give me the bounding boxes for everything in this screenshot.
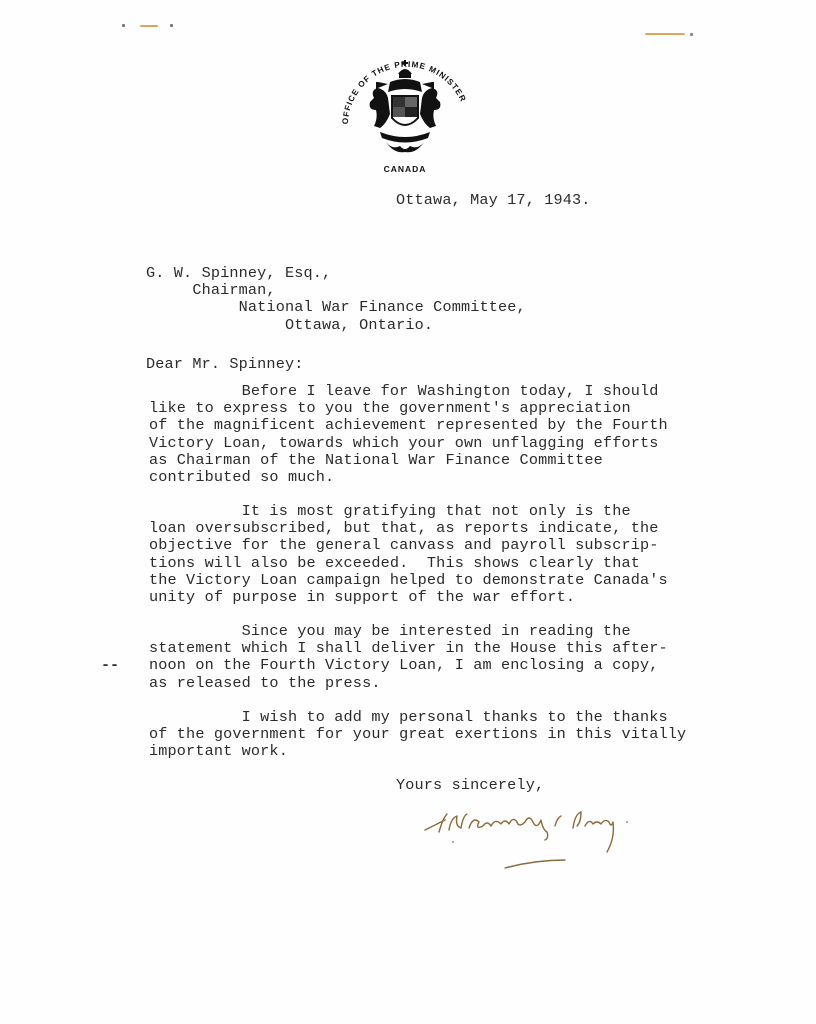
paragraph-line: It is most gratifying that not only is t… <box>149 502 631 520</box>
paragraph-line: as Chairman of the National War Finance … <box>149 451 603 469</box>
paragraph-line: Before I leave for Washington today, I s… <box>149 382 659 400</box>
recipient-organization: National War Finance Committee, <box>146 298 526 316</box>
letterhead: OFFICE OF THE PRIME MINISTER <box>330 52 480 177</box>
paragraph-2: It is most gratifying that not only is t… <box>149 503 668 606</box>
paragraph-line: as released to the press. <box>149 674 381 692</box>
top-right-dot <box>690 33 693 36</box>
paragraph-line: like to express to you the government's … <box>149 399 631 417</box>
paragraph-line: important work. <box>149 742 288 760</box>
recipient-name: G. W. Spinney, Esq., <box>146 264 331 282</box>
recipient-title: Chairman, <box>146 281 276 299</box>
letter-page: OFFICE OF THE PRIME MINISTER <box>0 0 816 1024</box>
paragraph-line: loan oversubscribed, but that, as report… <box>149 519 659 537</box>
margin-mark: -- <box>101 657 119 674</box>
closing: Yours sincerely, <box>396 777 544 794</box>
coat-of-arms-icon: OFFICE OF THE PRIME MINISTER <box>330 52 480 164</box>
handwritten-signature-icon <box>415 808 705 883</box>
paragraph-1: Before I leave for Washington today, I s… <box>149 383 668 486</box>
top-right-mark <box>645 33 685 35</box>
paragraph-line: tions will also be exceeded. This shows … <box>149 554 640 572</box>
paragraph-line: I wish to add my personal thanks to the … <box>149 708 668 726</box>
letter-date: Ottawa, May 17, 1943. <box>396 192 591 209</box>
paragraph-4: I wish to add my personal thanks to the … <box>149 709 686 761</box>
paragraph-line: noon on the Fourth Victory Loan, I am en… <box>149 656 659 674</box>
top-left-dot <box>170 24 173 27</box>
paragraph-line: objective for the general canvass and pa… <box>149 536 659 554</box>
paragraph-line: Victory Loan, towards which your own unf… <box>149 434 659 452</box>
recipient-address: G. W. Spinney, Esq., Chairman, National … <box>146 265 526 334</box>
paragraph-line: contributed so much. <box>149 468 334 486</box>
paragraph-line: Since you may be interested in reading t… <box>149 622 631 640</box>
top-left-mark <box>140 25 158 27</box>
paragraph-line: of the magnificent achievement represent… <box>149 416 668 434</box>
salutation: Dear Mr. Spinney: <box>146 356 304 373</box>
letterhead-country: CANADA <box>330 164 480 174</box>
paragraph-line: statement which I shall deliver in the H… <box>149 639 668 657</box>
recipient-city: Ottawa, Ontario. <box>146 316 433 334</box>
paragraph-line: of the government for your great exertio… <box>149 725 686 743</box>
paragraph-line: unity of purpose in support of the war e… <box>149 588 575 606</box>
paragraph-3: Since you may be interested in reading t… <box>149 623 668 692</box>
top-left-dot <box>122 24 125 27</box>
paragraph-line: the Victory Loan campaign helped to demo… <box>149 571 668 589</box>
